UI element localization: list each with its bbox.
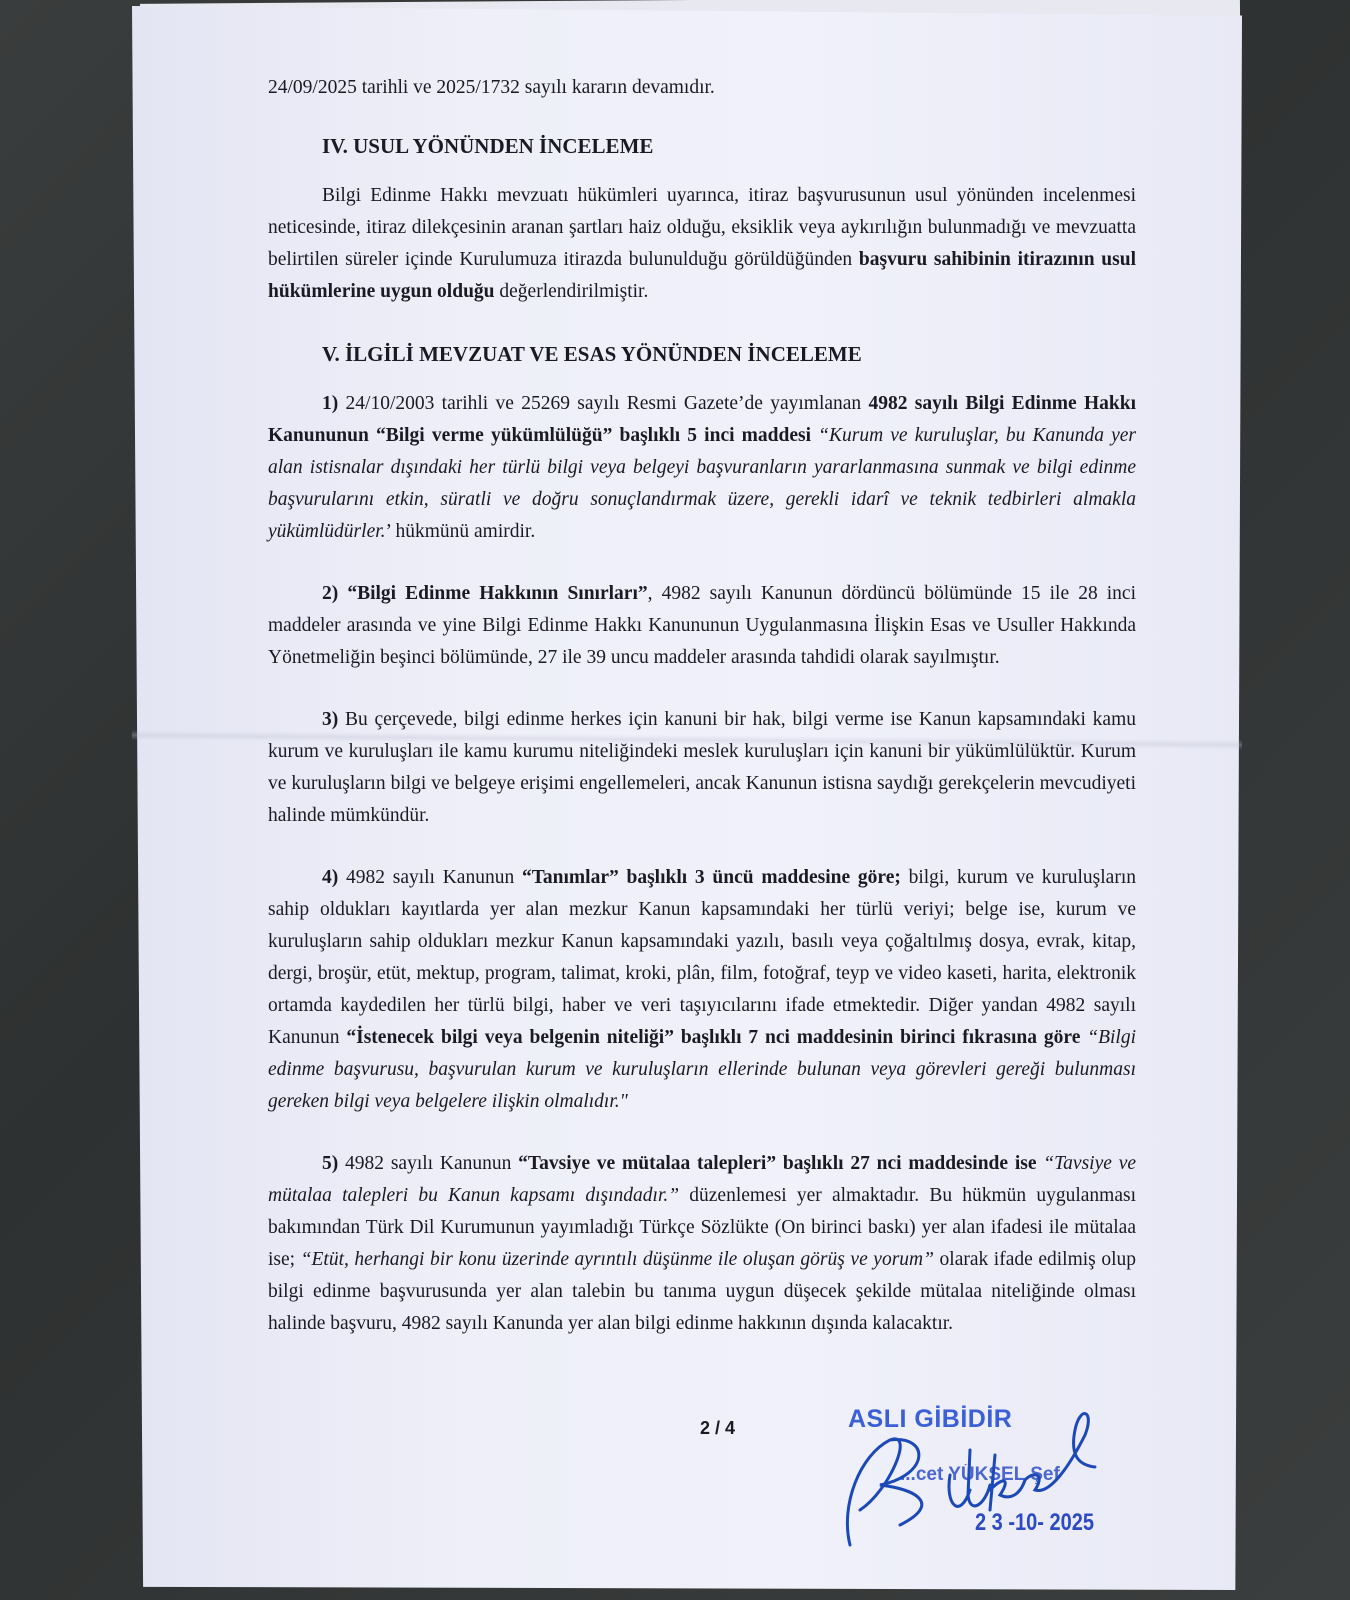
- signature-icon: [820, 1395, 1100, 1555]
- item-text: bilgi, kurum ve kuruluşların sahip olduk…: [268, 867, 1136, 1048]
- paragraph-text-end: değerlendirilmiştir.: [495, 281, 649, 302]
- item-quote: “Etüt, herhangi bir konu üzerinde ayrınt…: [301, 1249, 934, 1270]
- section-iv-paragraph: Bilgi Edinme Hakkı mevzuatı hükümleri uy…: [268, 180, 1136, 308]
- item-bold-text: “İstenecek bilgi veya belgenin niteliği”…: [346, 1027, 1080, 1048]
- item-number: 4): [322, 867, 338, 888]
- item-number: 1): [322, 393, 338, 414]
- item-bold-text: “Tavsiye ve mütalaa talepleri” başlıklı …: [518, 1153, 1036, 1174]
- item-4-paragraph: 4) 4982 sayılı Kanunun “Tanımlar” başlık…: [268, 862, 1136, 1118]
- item-3-paragraph: 3) Bu çerçevede, bilgi edinme herkes içi…: [268, 704, 1136, 832]
- item-text: Bu çerçevede, bilgi edinme herkes için k…: [268, 709, 1136, 826]
- item-text: 4982 sayılı Kanunun: [338, 867, 522, 888]
- item-2-paragraph: 2) “Bilgi Edinme Hakkının Sınırları”, 49…: [268, 578, 1136, 674]
- item-text: 24/10/2003 tarihli ve 25269 sayılı Resmi…: [338, 393, 868, 414]
- reference-line: 24/09/2025 tarihli ve 2025/1732 sayılı k…: [268, 72, 1136, 104]
- item-5-paragraph: 5) 4982 sayılı Kanunun “Tavsiye ve mütal…: [268, 1148, 1136, 1340]
- item-number: 5): [322, 1153, 338, 1174]
- item-text-end: ’ hükmünü amirdir.: [386, 521, 536, 542]
- item-number: 3): [322, 709, 338, 730]
- page-number: 2 / 4: [700, 1418, 735, 1439]
- item-1-paragraph: 1) 24/10/2003 tarihli ve 25269 sayılı Re…: [268, 388, 1136, 548]
- item-number: 2): [322, 583, 338, 604]
- document-body: 24/09/2025 tarihli ve 2025/1732 sayılı k…: [268, 72, 1136, 1340]
- section-v-heading: V. İLGİLİ MEVZUAT VE ESAS YÖNÜNDEN İNCEL…: [322, 338, 1136, 370]
- item-bold-text: “Tanımlar” başlıklı 3 üncü maddesine gör…: [522, 867, 901, 888]
- item-bold-text: “Bilgi Edinme Hakkının Sınırları”: [338, 583, 647, 604]
- item-text: 4982 sayılı Kanunun: [338, 1153, 518, 1174]
- section-iv-heading: IV. USUL YÖNÜNDEN İNCELEME: [322, 130, 1136, 162]
